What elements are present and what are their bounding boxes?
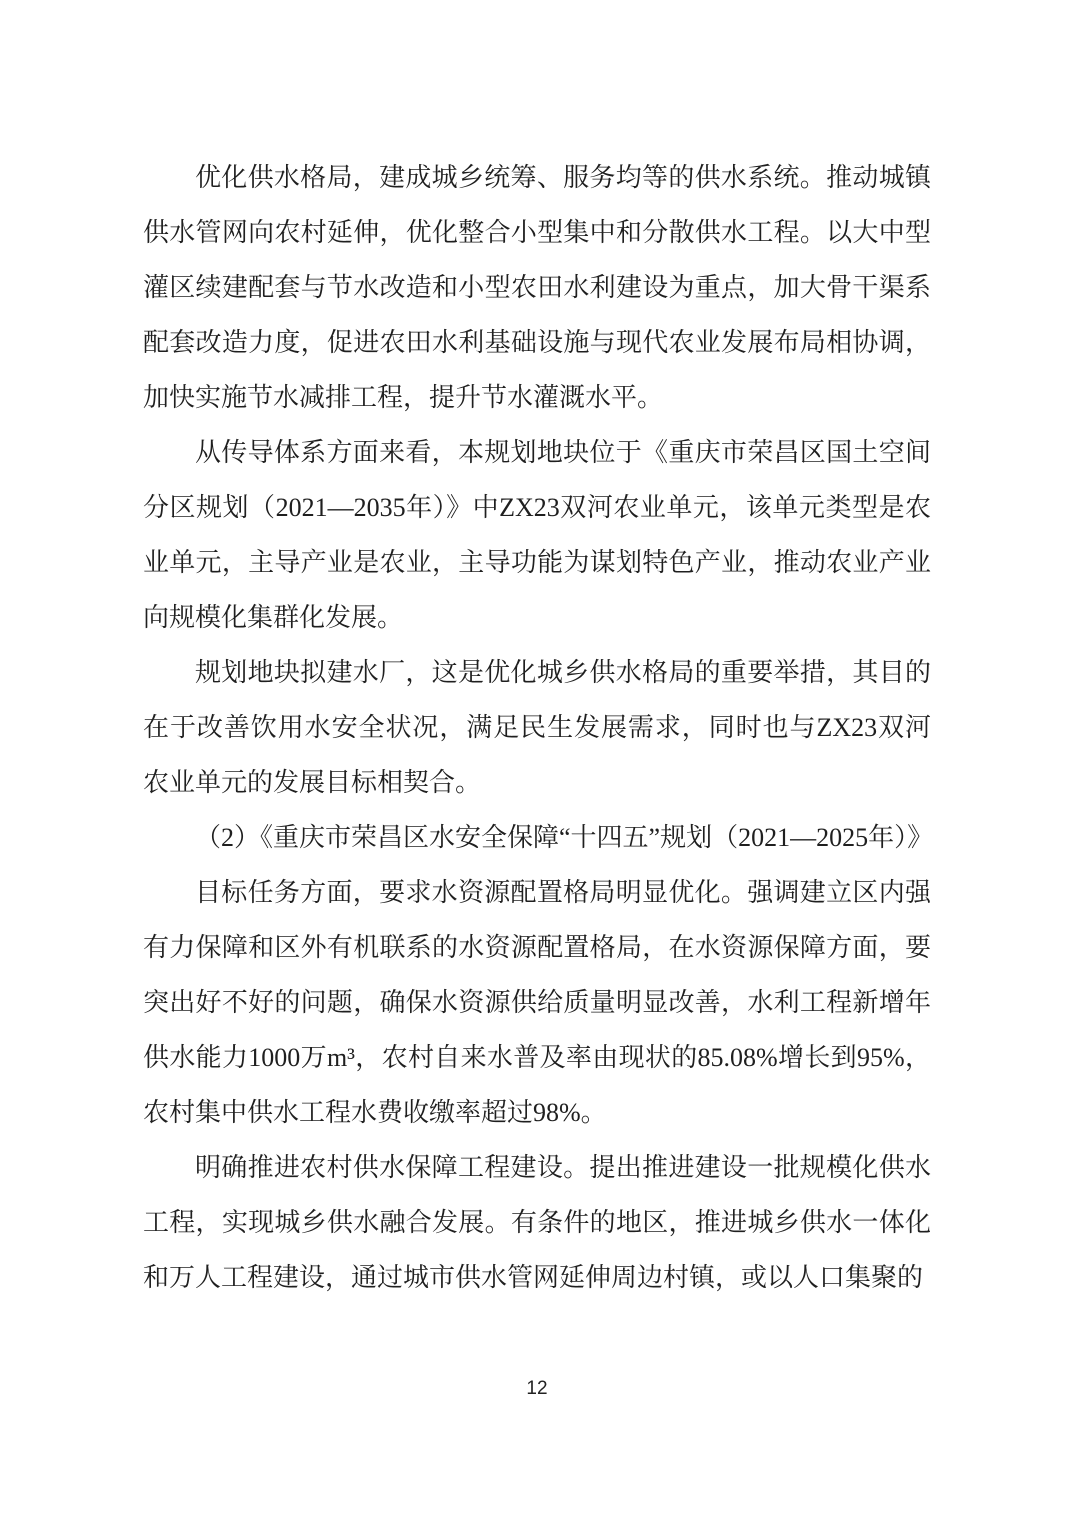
document-text-body: 优化供水格局，建成城乡统筹、服务均等的供水系统。推动城镇供水管网向农村延伸，优化… [143,150,931,1305]
paragraph-list-item-heading: （2）《重庆市荣昌区水安全保障“十四五”规划（2021—2025年）》 [143,810,931,865]
paragraph: 优化供水格局，建成城乡统筹、服务均等的供水系统。推动城镇供水管网向农村延伸，优化… [143,150,931,425]
paragraph: 规划地块拟建水厂，这是优化城乡供水格局的重要举措，其目的在于改善饮用水安全状况，… [143,645,931,810]
paragraph: 明确推进农村供水保障工程建设。提出推进建设一批规模化供水工程，实现城乡供水融合发… [143,1140,931,1305]
document-page: 优化供水格局，建成城乡统筹、服务均等的供水系统。推动城镇供水管网向农村延伸，优化… [0,0,1074,1520]
paragraph: 从传导体系方面来看，本规划地块位于《重庆市荣昌区国土空间分区规划（2021—20… [143,425,931,645]
paragraph: 目标任务方面，要求水资源配置格局明显优化。强调建立区内强有力保障和区外有机联系的… [143,865,931,1140]
page-number: 12 [0,1376,1074,1402]
